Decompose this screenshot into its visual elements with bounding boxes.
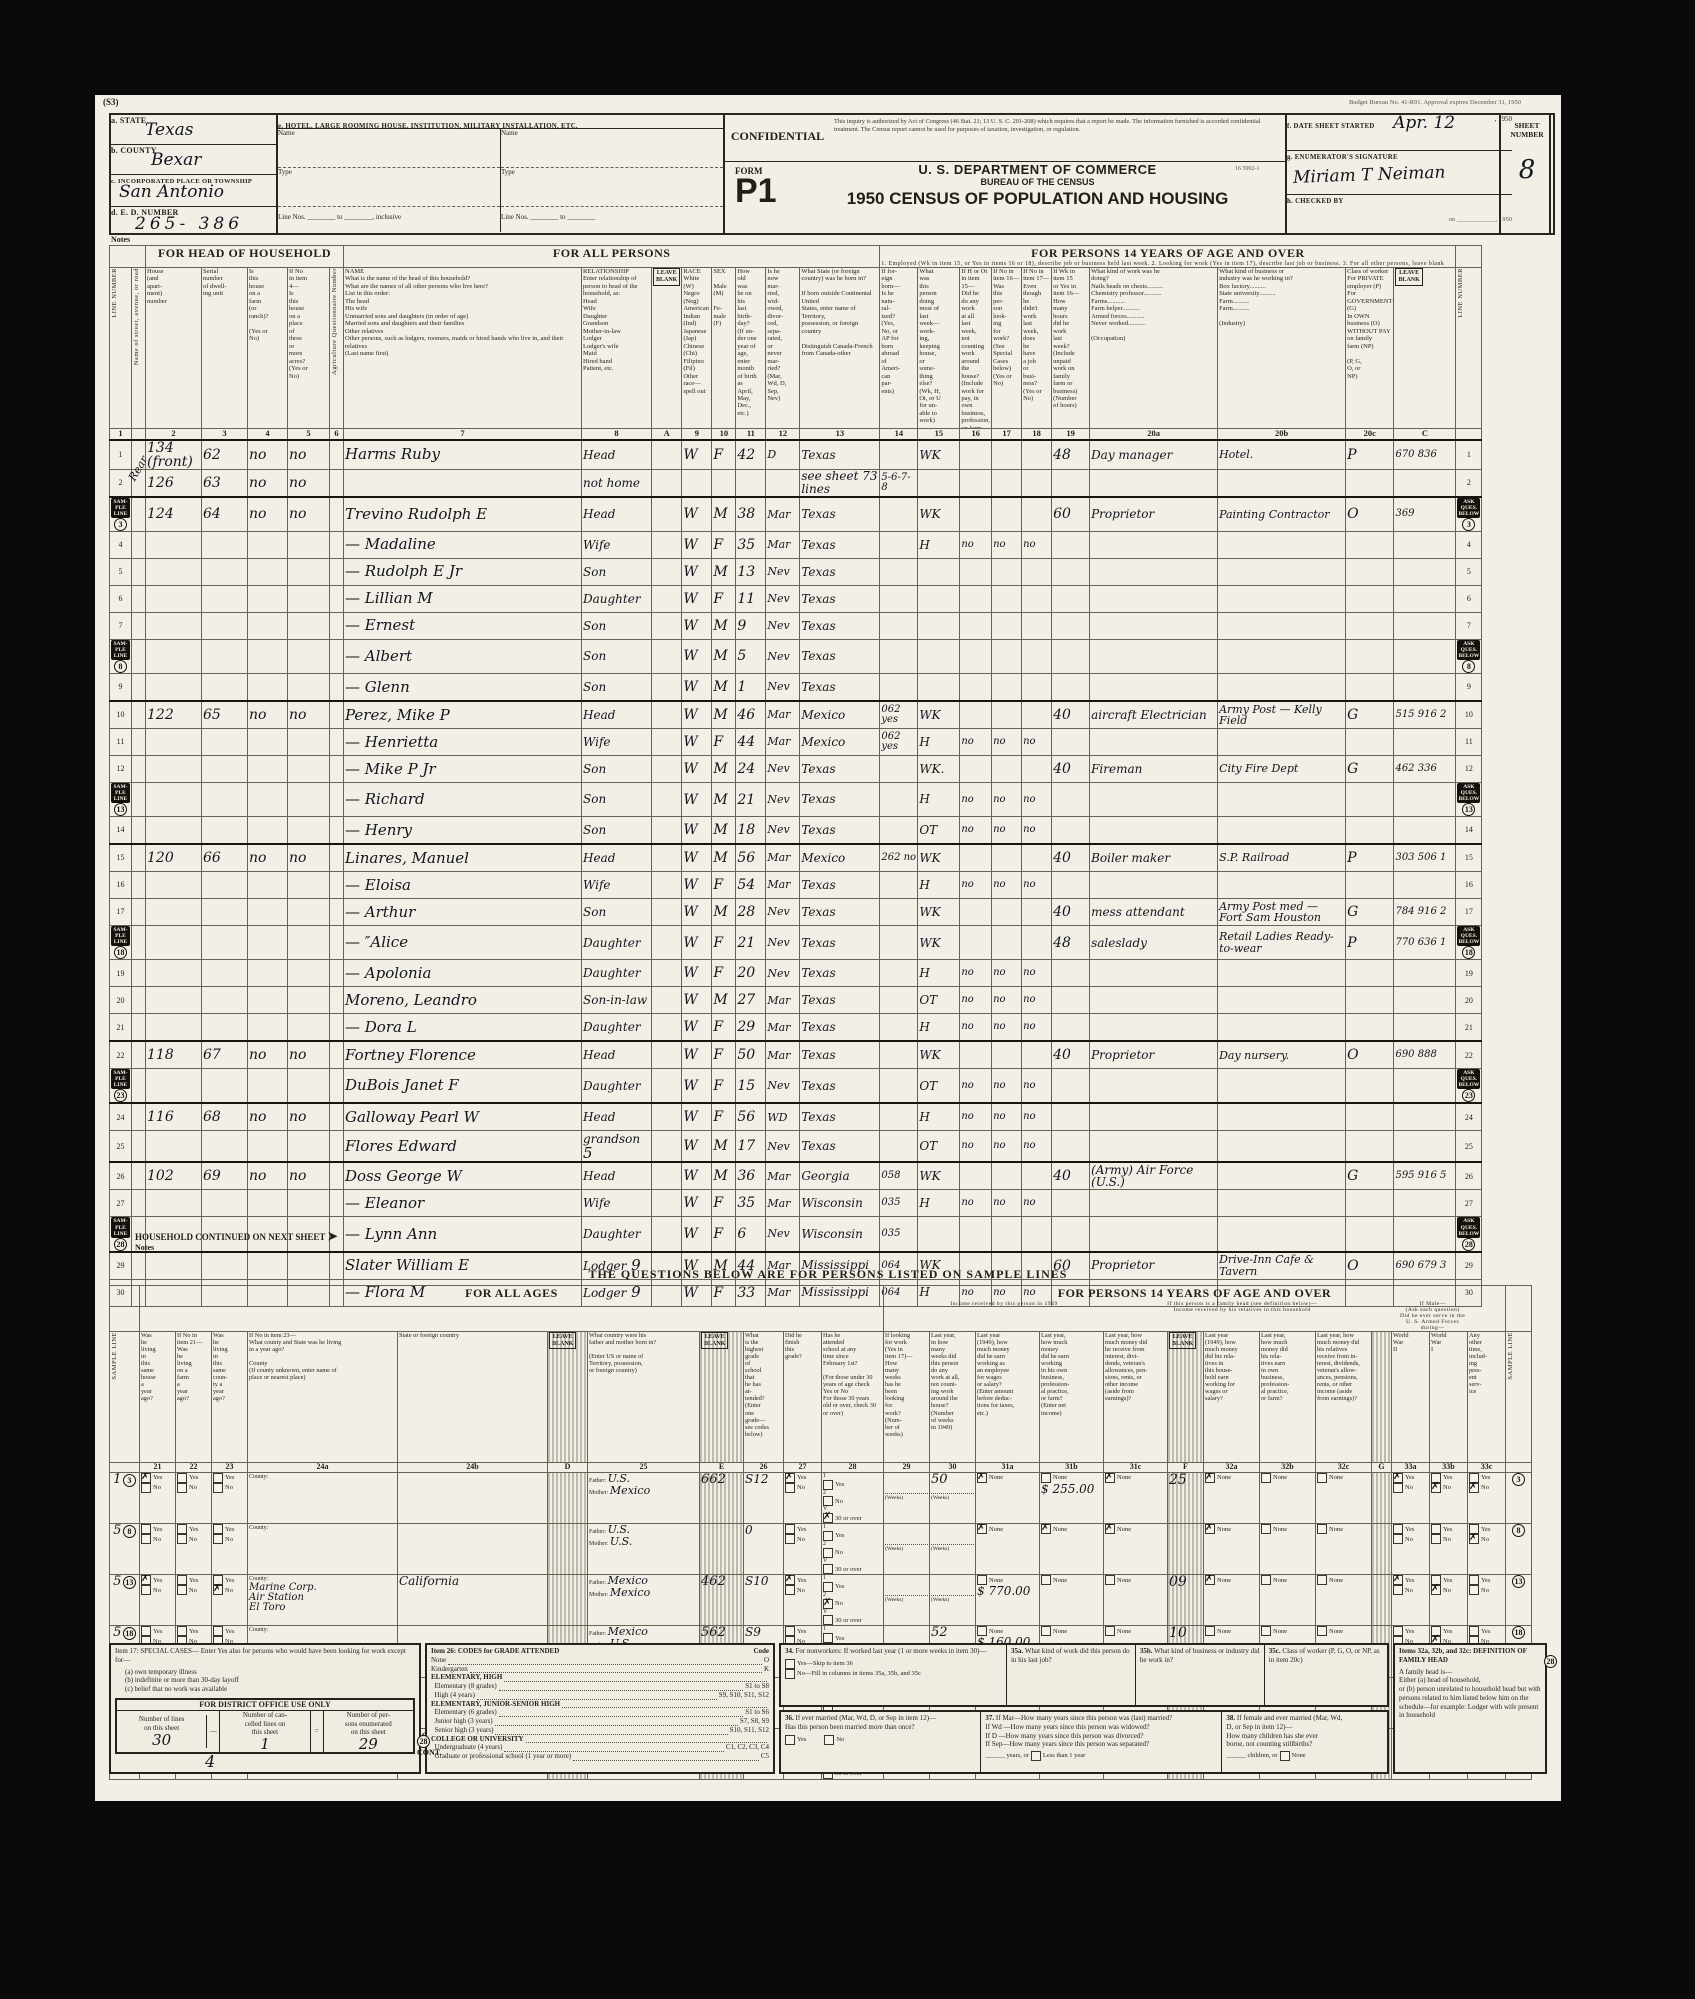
handwritten-value[interactable]: WK — [919, 448, 940, 462]
handwritten-value[interactable]: Texas — [801, 1020, 835, 1034]
handwritten-value[interactable]: WK — [919, 507, 940, 521]
handwritten-value[interactable]: 118 — [147, 1047, 174, 1063]
handwritten-value[interactable]: see sheet 73 lines — [801, 469, 877, 495]
checkbox-yes[interactable]: Yes — [213, 1524, 246, 1534]
handwritten-value[interactable]: 595 916 5 — [1395, 1170, 1446, 1181]
handwritten-value[interactable]: Linares, Manuel — [345, 849, 469, 867]
handwritten-value[interactable]: Nev — [767, 823, 789, 836]
handwritten-value[interactable]: G — [1347, 1168, 1358, 1184]
handwritten-value[interactable]: OT — [919, 993, 937, 1007]
handwritten-value[interactable]: WK — [919, 851, 940, 865]
checkbox-none[interactable]: None — [1317, 1575, 1370, 1585]
handwritten-value[interactable]: W — [683, 904, 697, 920]
handwritten-value[interactable]: 126 — [147, 475, 174, 491]
handwritten-value[interactable]: F — [713, 1047, 723, 1063]
handwritten-value[interactable]: 56 — [737, 1109, 755, 1125]
handwritten-value[interactable]: W — [683, 822, 697, 838]
checkbox-yes[interactable]: Yes — [177, 1473, 210, 1483]
checkbox-yes[interactable]: Yes — [785, 1524, 820, 1534]
handwritten-value[interactable]: P — [1347, 935, 1356, 951]
handwritten-value[interactable]: Texas — [801, 507, 835, 521]
handwritten-value[interactable]: P — [1347, 850, 1356, 866]
handwritten-value[interactable]: 35 — [737, 537, 755, 553]
checkbox-no[interactable]: No — [1393, 1585, 1428, 1595]
handwritten-value[interactable]: M — [713, 707, 727, 723]
handwritten-value[interactable]: Son — [583, 649, 606, 663]
handwritten-value[interactable]: WK — [919, 1169, 940, 1183]
handwritten-value[interactable]: H — [919, 1196, 929, 1210]
handwritten-value[interactable]: S.P. Railroad — [1219, 851, 1289, 864]
checkbox-30-or-over[interactable]: ✗30 or over — [823, 1513, 882, 1523]
handwritten-value[interactable]: no — [289, 506, 306, 522]
handwritten-value[interactable]: Doss George W — [345, 1167, 462, 1185]
handwritten-value[interactable]: Mar — [767, 508, 790, 521]
handwritten-value[interactable]: 369 — [1395, 508, 1414, 519]
handwritten-value[interactable]: W — [683, 734, 697, 750]
checkbox-none[interactable]: None — [1261, 1575, 1314, 1585]
handwritten-value[interactable]: no — [993, 879, 1005, 890]
handwritten-value[interactable]: OT — [919, 1139, 937, 1153]
handwritten-value[interactable]: no — [1023, 967, 1035, 978]
handwritten-value[interactable]: no — [289, 707, 306, 723]
handwritten-value[interactable]: no — [993, 967, 1005, 978]
handwritten-value[interactable]: Nev — [767, 619, 789, 632]
handwritten-value[interactable]: H — [919, 538, 929, 552]
handwritten-value[interactable]: Mar — [767, 851, 790, 864]
handwritten-value[interactable]: F — [713, 1109, 723, 1125]
item-34-yes[interactable]: Yes—Skip to item 36 — [785, 1659, 1002, 1669]
handwritten-value[interactable]: M — [713, 904, 727, 920]
handwritten-value[interactable]: — Mike P Jr — [345, 760, 436, 778]
handwritten-value[interactable]: M — [713, 761, 727, 777]
handwritten-value[interactable]: Daughter — [583, 936, 641, 950]
handwritten-value[interactable]: — Henrietta — [345, 733, 438, 751]
handwritten-value[interactable]: — Apolonia — [345, 964, 431, 982]
handwritten-value[interactable]: Son — [583, 619, 606, 633]
handwritten-value[interactable]: M — [713, 564, 727, 580]
handwritten-value[interactable]: no — [249, 1168, 266, 1184]
handwritten-value[interactable]: no — [249, 506, 266, 522]
handwritten-value[interactable]: no — [993, 1111, 1005, 1122]
handwritten-value[interactable]: Texas — [801, 823, 835, 837]
handwritten-value[interactable]: Head — [583, 448, 615, 462]
handwritten-value[interactable]: Moreno, Leandro — [345, 991, 477, 1009]
handwritten-value[interactable]: Son-in-law — [583, 993, 647, 1007]
checkbox-no[interactable]: ✗No — [1431, 1483, 1466, 1493]
handwritten-value[interactable]: 102 — [147, 1168, 174, 1184]
handwritten-value[interactable]: 42 — [737, 447, 755, 463]
handwritten-value[interactable]: W — [683, 591, 697, 607]
handwritten-value[interactable]: Wisconsin — [801, 1196, 863, 1210]
handwritten-value[interactable]: no — [249, 1047, 266, 1063]
checkbox-yes[interactable]: Yes — [785, 1626, 820, 1636]
handwritten-value[interactable]: no — [289, 1168, 306, 1184]
handwritten-value[interactable]: 035 — [881, 1228, 900, 1239]
handwritten-value[interactable]: 40 — [1053, 1168, 1071, 1184]
checkbox-no[interactable]: No — [823, 1548, 882, 1558]
handwritten-value[interactable]: 24 — [737, 761, 755, 777]
handwritten-value[interactable]: 54 — [737, 877, 755, 893]
item-36-yes[interactable]: Yes — [785, 1735, 806, 1745]
hotel-name-field[interactable]: Name — [278, 129, 500, 168]
checkbox-no[interactable]: No — [785, 1534, 820, 1544]
checkbox-yes[interactable]: Yes — [1393, 1524, 1428, 1534]
handwritten-value[interactable]: — Lillian M — [345, 589, 433, 607]
handwritten-value[interactable]: Head — [583, 851, 615, 865]
handwritten-value[interactable]: H — [919, 735, 929, 749]
handwritten-value[interactable]: 5-6-7-8 — [881, 472, 910, 493]
handwritten-value[interactable]: no — [249, 1109, 266, 1125]
handwritten-value[interactable]: mess attendant — [1091, 905, 1185, 919]
handwritten-value[interactable]: no — [993, 736, 1005, 747]
handwritten-value[interactable]: Georgia — [801, 1169, 849, 1183]
checkbox-none[interactable]: None — [1261, 1473, 1314, 1483]
handwritten-value[interactable]: 262 — [881, 852, 900, 863]
handwritten-value[interactable]: 29 — [737, 1019, 755, 1035]
checkbox-yes[interactable]: Yes — [177, 1524, 210, 1534]
handwritten-value[interactable]: 21 — [737, 935, 755, 951]
handwritten-value[interactable]: Texas — [801, 1110, 835, 1124]
checkbox-yes[interactable]: Yes — [1469, 1626, 1504, 1636]
checkbox-no[interactable]: ✗No — [213, 1585, 246, 1595]
checkbox-none[interactable]: ✗None — [1205, 1575, 1258, 1585]
handwritten-value[interactable]: Wife — [583, 1196, 611, 1210]
handwritten-value[interactable]: saleslady — [1091, 936, 1147, 950]
handwritten-value[interactable]: no — [289, 475, 306, 491]
checkbox-no[interactable]: No — [1393, 1534, 1428, 1544]
handwritten-value[interactable]: 09 — [1169, 1575, 1187, 1591]
handwritten-value[interactable]: 670 836 — [1395, 449, 1436, 460]
handwritten-value[interactable]: W — [683, 1078, 697, 1094]
handwritten-value[interactable]: City Fire Dept — [1219, 762, 1298, 775]
handwritten-value[interactable]: W — [683, 1138, 697, 1154]
handwritten-value[interactable]: H — [919, 1020, 929, 1034]
hotel-name-field-2[interactable]: Name — [501, 129, 723, 168]
handwritten-value[interactable]: not home — [583, 476, 640, 490]
handwritten-value[interactable]: — Glenn — [345, 678, 410, 696]
handwritten-value[interactable]: 5 — [113, 1626, 121, 1641]
date-value[interactable]: Apr. 12 — [1393, 113, 1455, 133]
handwritten-value[interactable]: 13 — [737, 564, 755, 580]
handwritten-value[interactable]: 462 — [701, 1575, 726, 1590]
handwritten-value[interactable]: W — [683, 1019, 697, 1035]
handwritten-value[interactable]: no — [249, 447, 266, 463]
handwritten-value[interactable]: G — [1347, 761, 1358, 777]
handwritten-value[interactable]: Wife — [583, 878, 611, 892]
handwritten-value[interactable]: — Madaline — [345, 535, 436, 553]
handwritten-value[interactable]: — Henry — [345, 821, 412, 839]
handwritten-value[interactable]: W — [683, 537, 697, 553]
handwritten-value[interactable]: 40 — [1053, 761, 1071, 777]
handwritten-value[interactable]: no — [961, 1197, 973, 1208]
handwritten-value[interactable]: — Albert — [345, 647, 412, 665]
handwritten-value[interactable]: W — [683, 935, 697, 951]
checkbox-none[interactable]: ✗None — [1205, 1524, 1258, 1534]
handwritten-value[interactable]: $ 770.00 — [977, 1584, 1030, 1598]
handwritten-value[interactable]: Nev — [767, 793, 789, 806]
handwritten-value[interactable]: 1 — [113, 1472, 121, 1487]
handwritten-value[interactable]: W — [683, 679, 697, 695]
handwritten-value[interactable]: 28 — [737, 904, 755, 920]
handwritten-value[interactable]: 40 — [1053, 1047, 1071, 1063]
checkbox-none[interactable]: ✗None — [1105, 1524, 1166, 1534]
handwritten-value[interactable]: M — [713, 822, 727, 838]
handwritten-value[interactable]: 690 888 — [1395, 1049, 1436, 1060]
handwritten-value[interactable]: 5 — [113, 1524, 121, 1539]
handwritten-value[interactable]: no — [289, 1109, 306, 1125]
checkbox-no[interactable]: ✗No — [1469, 1534, 1504, 1544]
handwritten-value[interactable]: Retail Ladies Ready-to-wear — [1219, 930, 1334, 954]
handwritten-value[interactable]: — ″Alice — [345, 933, 408, 951]
checkbox-yes[interactable]: ✗Yes — [1393, 1575, 1428, 1585]
handwritten-value[interactable]: Son — [583, 905, 606, 919]
handwritten-value[interactable]: F — [713, 591, 723, 607]
handwritten-value[interactable]: W — [683, 1168, 697, 1184]
checkbox-no[interactable]: No — [785, 1585, 820, 1595]
checkbox-yes[interactable]: ✗Yes — [141, 1473, 174, 1483]
place-value[interactable]: San Antonio — [119, 184, 276, 201]
checkbox-yes[interactable]: Yes — [1431, 1524, 1466, 1534]
checkbox-yes[interactable]: Yes — [141, 1524, 174, 1534]
handwritten-value[interactable]: 64 — [203, 506, 221, 522]
handwritten-value[interactable]: H — [919, 1110, 929, 1124]
handwritten-value[interactable]: 36 — [737, 1168, 755, 1184]
handwritten-value[interactable]: 9 — [737, 618, 746, 634]
handwritten-value[interactable]: 303 506 1 — [1395, 852, 1446, 863]
handwritten-value[interactable]: no — [1023, 1111, 1035, 1122]
handwritten-value[interactable]: yes — [881, 714, 898, 725]
handwritten-value[interactable]: no — [249, 850, 266, 866]
cancelled-count[interactable]: 1 — [220, 1737, 309, 1752]
handwritten-value[interactable]: F — [713, 734, 723, 750]
handwritten-value[interactable]: — Eleanor — [345, 1194, 424, 1212]
handwritten-value[interactable]: 122 — [147, 707, 174, 723]
handwritten-value[interactable]: W — [683, 761, 697, 777]
handwritten-value[interactable]: DuBois Janet F — [345, 1076, 459, 1094]
handwritten-value[interactable]: 38 — [737, 506, 755, 522]
handwritten-value[interactable]: Nev — [767, 1079, 789, 1092]
handwritten-value[interactable]: no — [961, 879, 973, 890]
checkbox-yes[interactable]: Yes — [823, 1633, 882, 1643]
handwritten-value[interactable]: Head — [583, 507, 615, 521]
handwritten-value[interactable]: aircraft Electrician — [1091, 708, 1207, 722]
handwritten-value[interactable]: 56 — [737, 850, 755, 866]
checkbox-yes[interactable]: ✗Yes — [785, 1575, 820, 1585]
checkbox-no[interactable]: No — [785, 1483, 820, 1493]
handwritten-value[interactable]: 1 — [737, 679, 746, 695]
handwritten-value[interactable]: W — [683, 648, 697, 664]
handwritten-value[interactable]: WK — [919, 708, 940, 722]
handwritten-value[interactable]: no — [993, 539, 1005, 550]
handwritten-value[interactable]: D — [767, 448, 776, 461]
checkbox-none[interactable]: ✗None — [977, 1524, 1038, 1534]
checkbox-none[interactable]: None — [1105, 1626, 1166, 1636]
checkbox-none[interactable]: ✗None — [977, 1473, 1038, 1483]
handwritten-value[interactable]: yes — [881, 741, 898, 752]
checkbox-no[interactable]: No — [1431, 1534, 1466, 1544]
handwritten-value[interactable]: M — [713, 792, 727, 808]
state-value[interactable]: Texas — [145, 122, 276, 139]
handwritten-value[interactable]: 40 — [1053, 850, 1071, 866]
handwritten-value[interactable]: Texas — [801, 762, 835, 776]
checkbox-none[interactable]: None — [1317, 1524, 1370, 1534]
handwritten-value[interactable]: no — [1023, 994, 1035, 1005]
handwritten-value[interactable]: 15 — [737, 1078, 755, 1094]
handwritten-value[interactable]: Texas — [801, 448, 835, 462]
checkbox-yes[interactable]: Yes — [141, 1626, 174, 1636]
checkbox-no[interactable]: No — [213, 1483, 246, 1493]
handwritten-value[interactable]: Daughter — [583, 1079, 641, 1093]
handwritten-value[interactable]: Nev — [767, 650, 789, 663]
ed-value[interactable]: 265- 386 — [135, 216, 276, 233]
handwritten-value[interactable]: Army Post — Kelly Field — [1219, 703, 1322, 727]
checkbox-yes[interactable]: Yes — [1393, 1626, 1428, 1636]
hotel-type-field-2[interactable]: Type — [501, 168, 723, 207]
handwritten-value[interactable]: no — [1023, 1080, 1035, 1091]
handwritten-value[interactable]: Wisconsin — [801, 1227, 863, 1241]
handwritten-value[interactable]: Nev — [767, 762, 789, 775]
checkbox-yes[interactable]: Yes — [177, 1575, 210, 1585]
handwritten-value[interactable]: 40 — [1053, 707, 1071, 723]
handwritten-value[interactable]: 52 — [931, 1626, 948, 1641]
checkbox-30-or-over[interactable]: 30 or over — [823, 1564, 882, 1574]
handwritten-value[interactable]: 17 — [737, 1138, 755, 1154]
handwritten-value[interactable]: Marine Corp.Air StationEl Toro — [249, 1582, 317, 1613]
handwritten-value[interactable]: Daughter — [583, 1227, 641, 1241]
handwritten-value[interactable]: Nev — [767, 680, 789, 693]
handwritten-value[interactable]: 058 — [881, 1170, 900, 1181]
handwritten-value[interactable]: 35 — [737, 1195, 755, 1211]
handwritten-value[interactable]: W — [683, 564, 697, 580]
handwritten-value[interactable]: F — [713, 965, 723, 981]
handwritten-value[interactable]: WK — [919, 905, 940, 919]
handwritten-value[interactable]: Mar — [767, 735, 790, 748]
handwritten-value[interactable]: W — [683, 1226, 697, 1242]
checkbox-no[interactable]: ✗No — [1469, 1483, 1504, 1493]
handwritten-value[interactable]: G — [1347, 707, 1358, 723]
handwritten-value[interactable]: W — [683, 1047, 697, 1063]
handwritten-value[interactable]: Nev — [767, 565, 789, 578]
handwritten-value[interactable]: Army Post med — Fort Sam Houston — [1219, 900, 1321, 924]
handwritten-value[interactable]: California — [399, 1575, 459, 1589]
handwritten-value[interactable]: Texas — [801, 792, 835, 806]
handwritten-value[interactable]: no — [1023, 1197, 1035, 1208]
handwritten-value[interactable]: Mexico — [801, 851, 845, 865]
checkbox-no[interactable]: No — [177, 1585, 210, 1595]
county-value[interactable]: Bexar — [151, 152, 276, 169]
handwritten-value[interactable]: Nev — [767, 967, 789, 980]
handwritten-value[interactable]: W — [683, 707, 697, 723]
handwritten-value[interactable]: 120 — [147, 850, 174, 866]
handwritten-value[interactable]: 116 — [147, 1109, 174, 1125]
handwritten-value[interactable]: no — [993, 994, 1005, 1005]
handwritten-value[interactable]: OT — [919, 823, 937, 837]
handwritten-value[interactable]: Mar — [767, 538, 790, 551]
handwritten-value[interactable]: $ 255.00 — [1041, 1482, 1094, 1496]
handwritten-value[interactable]: H — [919, 792, 929, 806]
handwritten-value[interactable]: Texas — [801, 649, 835, 663]
handwritten-value[interactable]: 0 — [745, 1524, 753, 1538]
handwritten-value[interactable]: no — [289, 447, 306, 463]
handwritten-value[interactable]: M — [713, 1168, 727, 1184]
handwritten-value[interactable]: Mar — [767, 1170, 790, 1183]
checkbox-none[interactable]: None — [1105, 1575, 1166, 1585]
handwritten-value[interactable]: — Eloisa — [345, 876, 411, 894]
handwritten-value[interactable]: Son — [583, 565, 606, 579]
handwritten-value[interactable]: — Ernest — [345, 616, 415, 634]
handwritten-value[interactable]: Hotel. — [1219, 448, 1253, 461]
handwritten-value[interactable]: Mar — [767, 1049, 790, 1062]
handwritten-value[interactable]: Mexico — [610, 1484, 650, 1497]
handwritten-value[interactable]: F — [713, 1019, 723, 1035]
handwritten-value[interactable]: 44 — [737, 734, 755, 750]
handwritten-value[interactable]: 515 916 2 — [1395, 709, 1446, 720]
handwritten-value[interactable]: no — [1023, 794, 1035, 805]
handwritten-value[interactable]: Texas — [801, 1139, 835, 1153]
handwritten-value[interactable]: no — [961, 967, 973, 978]
checkbox-none[interactable]: ✗None — [1041, 1524, 1102, 1534]
handwritten-value[interactable]: 6 — [737, 1226, 746, 1242]
handwritten-value[interactable]: W — [683, 618, 697, 634]
handwritten-value[interactable]: S9 — [745, 1626, 761, 1640]
handwritten-value[interactable]: 10 — [1169, 1626, 1187, 1642]
handwritten-value[interactable]: no — [993, 824, 1005, 835]
handwritten-value[interactable]: Head — [583, 1169, 615, 1183]
handwritten-value[interactable]: M — [713, 850, 727, 866]
handwritten-value[interactable]: 63 — [203, 475, 221, 491]
checkbox-yes[interactable]: Yes — [823, 1531, 882, 1541]
handwritten-value[interactable]: W — [683, 1109, 697, 1125]
handwritten-value[interactable]: 67 — [203, 1047, 221, 1063]
checkbox-no[interactable]: No — [1393, 1483, 1428, 1493]
handwritten-value[interactable]: Perez, Mike P — [345, 706, 450, 724]
checkbox-none[interactable]: None — [1205, 1626, 1258, 1636]
handwritten-value[interactable]: O — [1347, 506, 1358, 522]
handwritten-value[interactable]: W — [683, 792, 697, 808]
hotel-lines-field[interactable]: Line Nos. ________ to ________, inclusiv… — [278, 207, 500, 221]
checkbox-yes[interactable]: ✗Yes — [1393, 1473, 1428, 1483]
signature-value[interactable]: Miriam T Neiman — [1293, 162, 1512, 187]
checkbox-no[interactable]: No — [823, 1496, 882, 1506]
handwritten-value[interactable]: Mar — [767, 708, 790, 721]
handwritten-value[interactable]: no — [993, 1140, 1005, 1151]
handwritten-value[interactable]: no — [1023, 736, 1035, 747]
handwritten-value[interactable]: F — [713, 1195, 723, 1211]
handwritten-value[interactable]: no — [961, 1021, 973, 1032]
handwritten-value[interactable]: Texas — [801, 538, 835, 552]
handwritten-value[interactable]: Head — [583, 1110, 615, 1124]
handwritten-value[interactable]: no — [900, 852, 916, 863]
handwritten-value[interactable]: no — [1023, 1140, 1035, 1151]
handwritten-value[interactable]: 50 — [737, 1047, 755, 1063]
handwritten-value[interactable]: 65 — [203, 707, 221, 723]
handwritten-value[interactable]: WK — [919, 1048, 940, 1062]
handwritten-value[interactable]: F — [713, 447, 723, 463]
handwritten-value[interactable]: Nev — [767, 936, 789, 949]
item-36-no[interactable]: No — [824, 1735, 844, 1745]
handwritten-value[interactable]: 134(front) — [147, 440, 193, 470]
handwritten-value[interactable]: F — [713, 877, 723, 893]
handwritten-value[interactable]: 5 — [737, 648, 746, 664]
handwritten-value[interactable]: Fortney Florence — [345, 1046, 476, 1064]
handwritten-value[interactable]: Trevino Rudolph E — [345, 505, 487, 523]
handwritten-value[interactable]: no — [249, 475, 266, 491]
checkbox-yes[interactable]: Yes — [823, 1582, 882, 1592]
checkbox-yes[interactable]: ✗Yes — [141, 1575, 174, 1585]
handwritten-value[interactable]: 66 — [203, 850, 221, 866]
handwritten-value[interactable]: F — [713, 537, 723, 553]
handwritten-value[interactable]: Painting Contractor — [1219, 508, 1329, 521]
